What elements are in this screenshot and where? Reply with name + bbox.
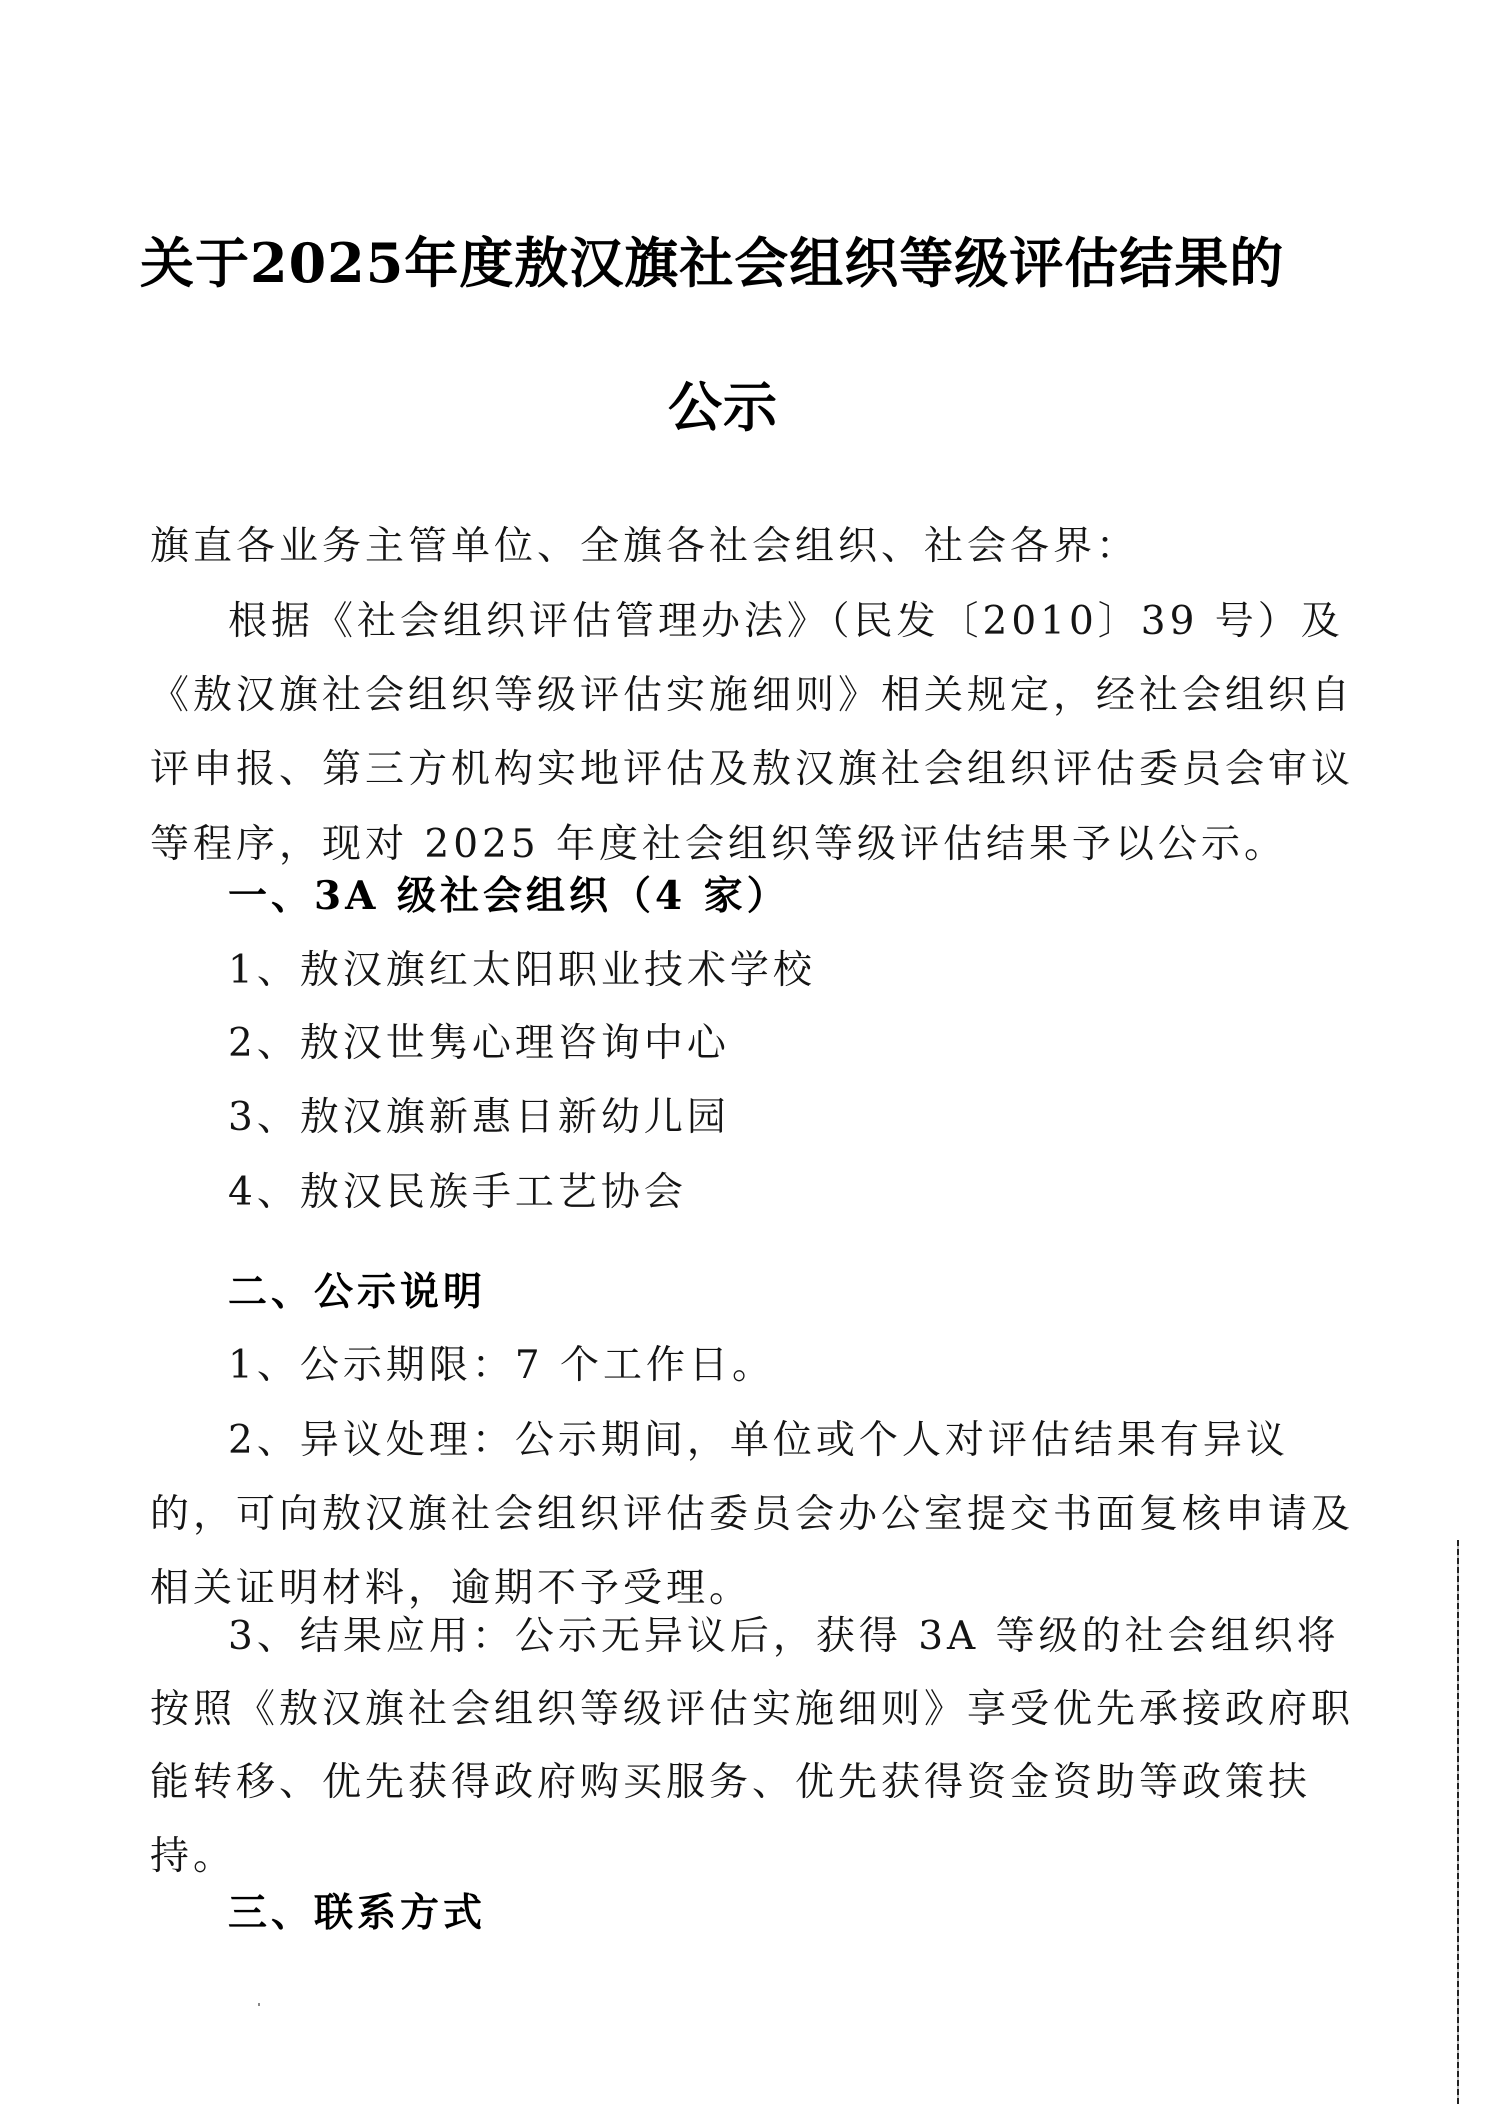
- intro-paragraph-line-3: 评申报、第三方机构实地评估及敖汉旗社会组织评估委员会审议: [150, 745, 1354, 795]
- section-2-item-3-line-1: 3、结果应用：公示无异议后，获得 3A 等级的社会组织将: [228, 1612, 1340, 1662]
- section-2-item-1: 1、公示期限：7 个工作日。: [228, 1341, 775, 1391]
- section-1-list-item-4: 4、敖汉民族手工艺协会: [228, 1168, 687, 1218]
- scan-edge-line: [1457, 1540, 1459, 2104]
- scan-speck: [258, 2003, 260, 2006]
- section-2-item-3-line-3: 能转移、优先获得政府购买服务、优先获得资金资助等政策扶: [150, 1758, 1311, 1808]
- document-title-line-2: 公示: [668, 372, 778, 442]
- document-title-line-1: 关于2025年度敖汉旗社会组织等级评估结果的: [140, 228, 1284, 298]
- section-2-item-2-line-2: 的，可向敖汉旗社会组织评估委员会办公室提交书面复核申请及: [150, 1490, 1354, 1540]
- section-2-item-3-line-4: 持。: [150, 1832, 236, 1882]
- intro-paragraph-line-1: 根据《社会组织评估管理办法》（民发〔2010〕39 号）及: [228, 597, 1344, 647]
- scanned-document-page: 关于2025年度敖汉旗社会组织等级评估结果的 公示 旗直各业务主管单位、全旗各社…: [0, 0, 1488, 2104]
- salutation: 旗直各业务主管单位、全旗各社会组织、社会各界：: [150, 522, 1139, 572]
- section-1-heading: 一、3A 级社会组织（4 家）: [228, 871, 790, 921]
- section-2-heading: 二、公示说明: [228, 1267, 486, 1317]
- section-2-item-2-line-3: 相关证明材料，逾期不予受理。: [150, 1564, 752, 1614]
- section-1-list-item-2: 2、敖汉世隽心理咨询中心: [228, 1019, 730, 1069]
- intro-paragraph-line-4: 等程序，现对 2025 年度社会组织等级评估结果予以公示。: [150, 820, 1287, 870]
- section-2-item-2-line-1: 2、异议处理：公示期间，单位或个人对评估结果有异议: [228, 1416, 1289, 1466]
- section-1-list-item-3: 3、敖汉旗新惠日新幼儿园: [228, 1093, 730, 1143]
- section-3-heading: 三、联系方式: [228, 1888, 486, 1938]
- section-1-list-item-1: 1、敖汉旗红太阳职业技术学校: [228, 946, 816, 996]
- intro-paragraph-line-2: 《敖汉旗社会组织等级评估实施细则》相关规定，经社会组织自: [150, 671, 1354, 721]
- section-2-item-3-line-2: 按照《敖汉旗社会组织等级评估实施细则》享受优先承接政府职: [150, 1685, 1354, 1735]
